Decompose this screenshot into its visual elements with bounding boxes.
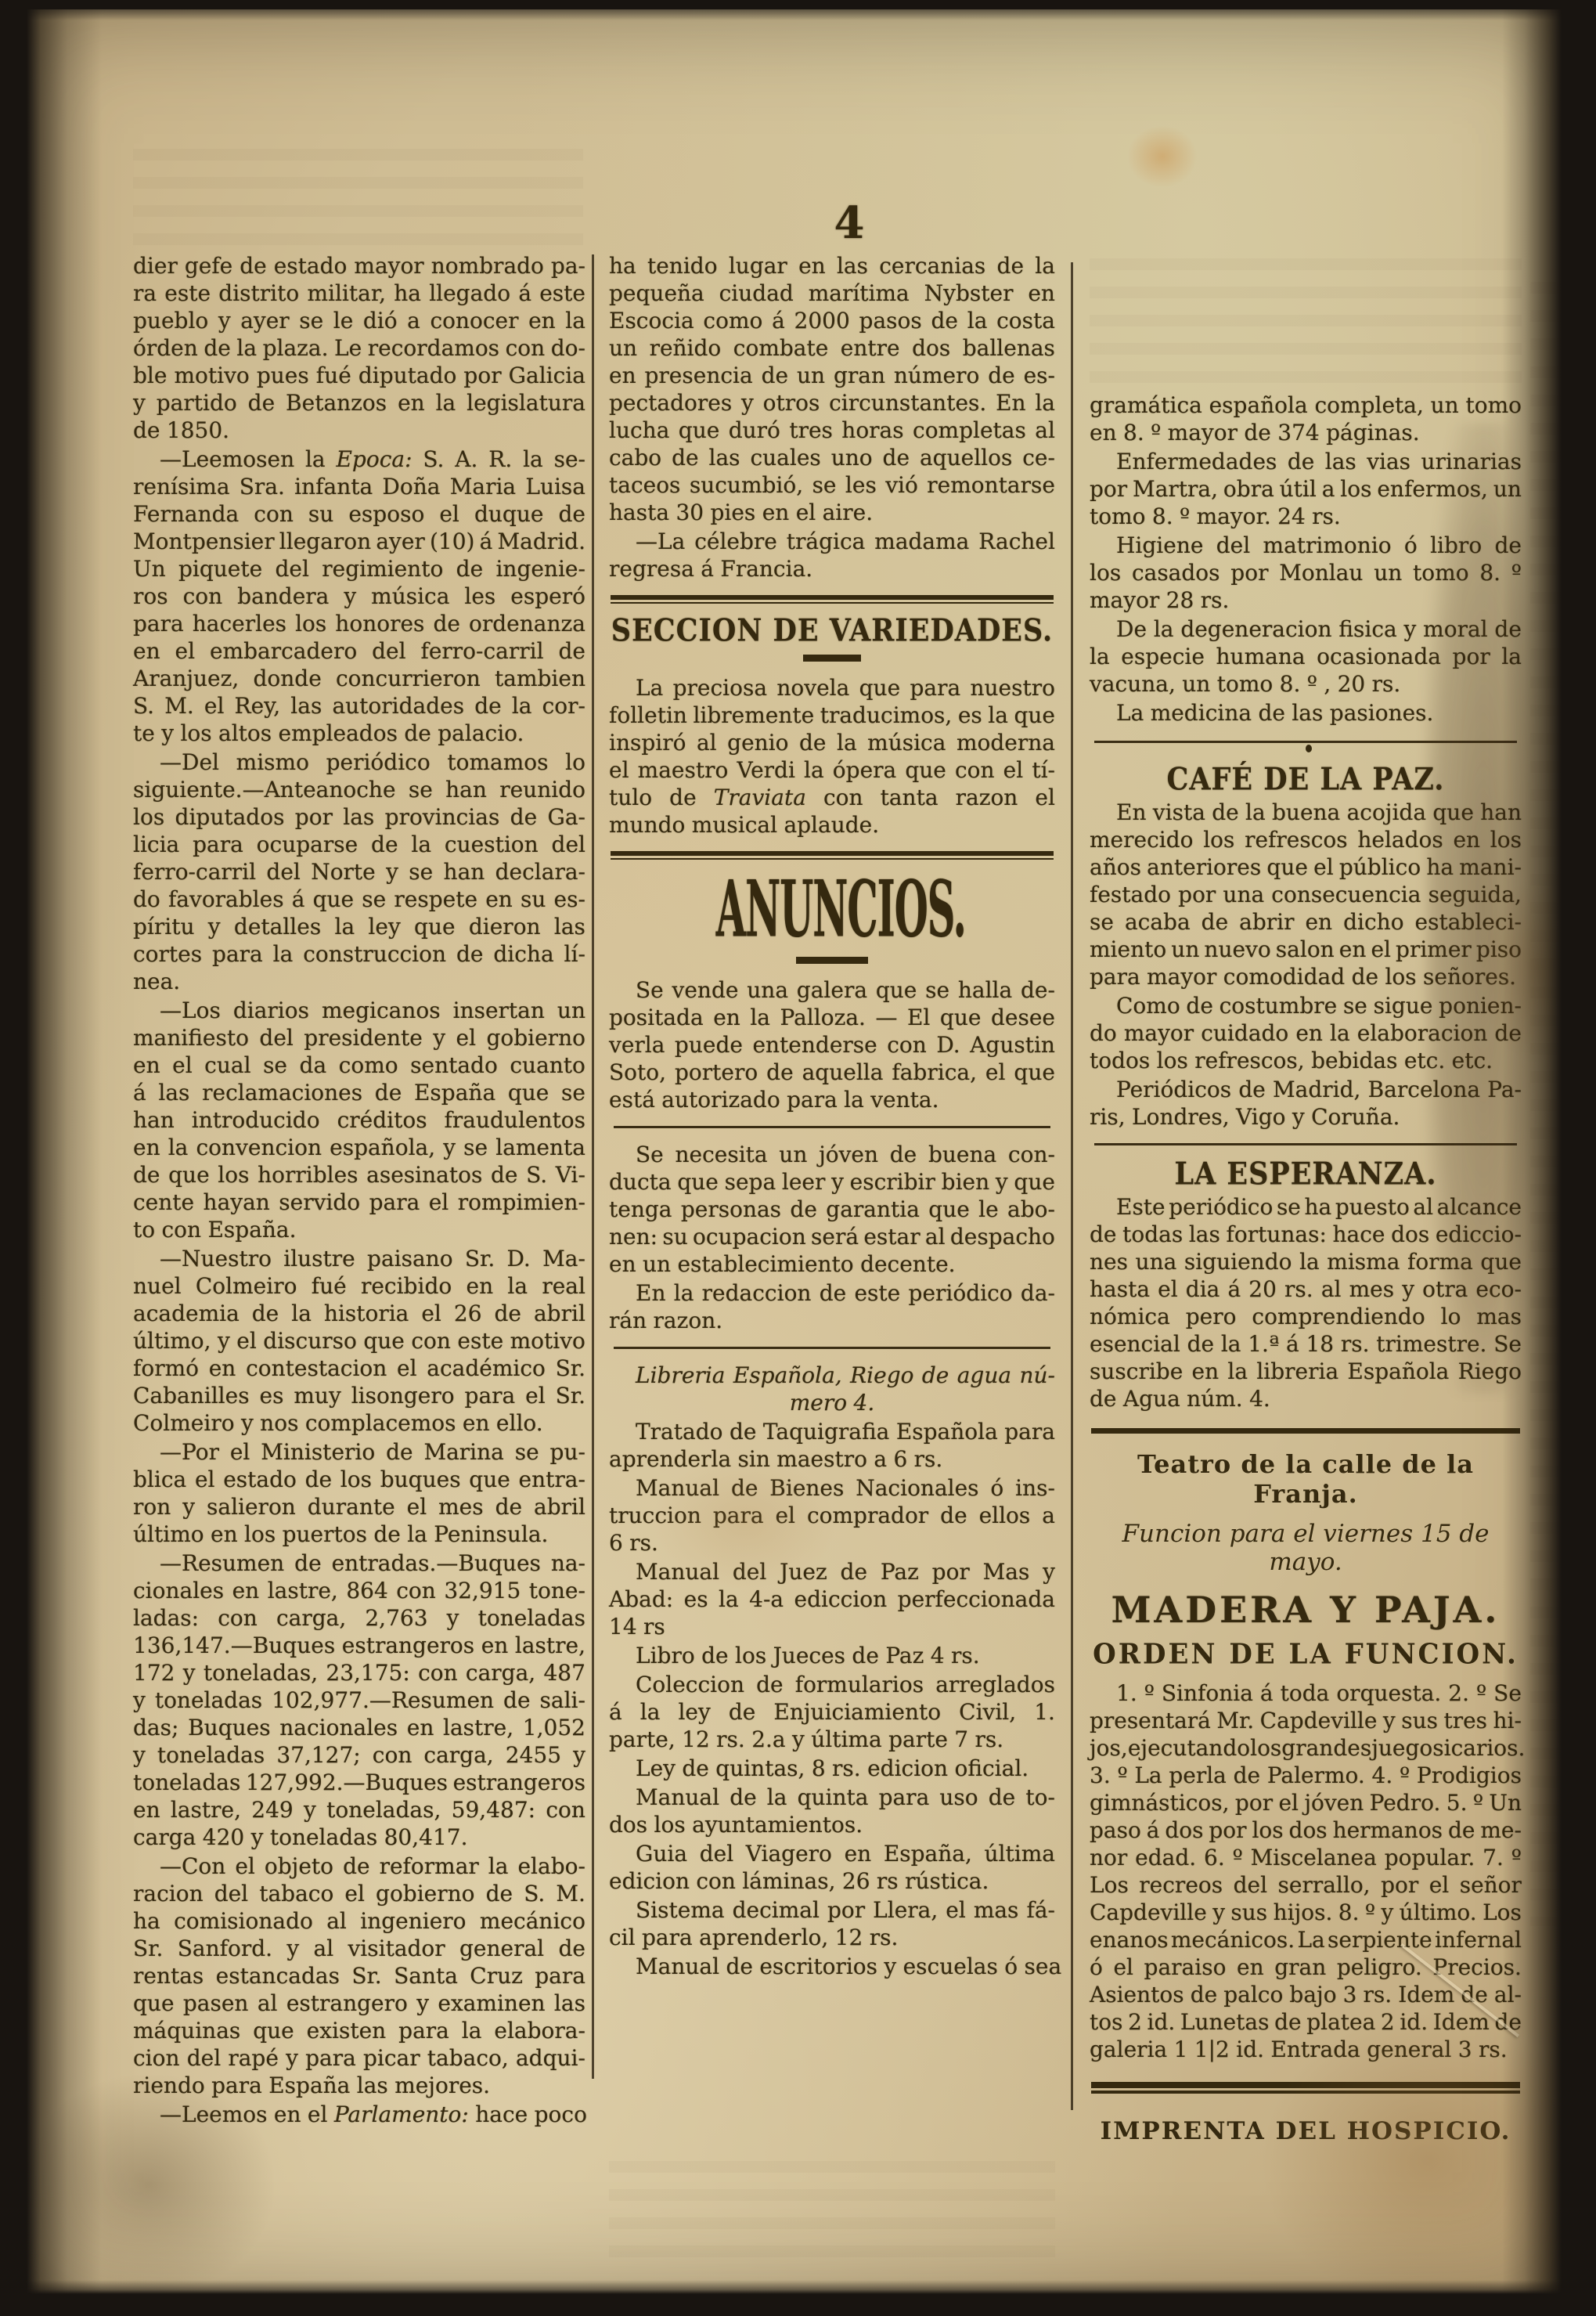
text-line: ytoneladas102,977.—Resumendesali- [133, 1686, 585, 1714]
text-line: dequeloshorriblesasesinatosdeS.Vi- [133, 1161, 585, 1189]
text-line: Unpiquetedelregimientodeingenie- [133, 555, 585, 583]
section-heading: LA ESPERANZA. [1090, 1156, 1522, 1192]
text-line: CabanillesesmuylisongeroparaelSr. [133, 1382, 585, 1409]
paragraph: Esteperiódicosehapuestoalalcancedetodasl… [1090, 1193, 1522, 1412]
text-line: —Conelobjetodereformarlaelabo- [133, 1852, 585, 1880]
text-line: pequeñaciudadmarítimaNybsteren [609, 280, 1055, 307]
paragraph: —LeemosenelParlamento:hacepoco [133, 2101, 585, 2128]
text-line: —Resumendeentradas.—Buquesna- [133, 1549, 585, 1577]
text-line: laespeciehumanaocasionadaporla [1090, 643, 1522, 670]
paragraph: —Resumendeentradas.—Buquesna-cionalesenl… [133, 1549, 585, 1851]
rule-with-dot [1094, 741, 1517, 743]
text-line: siguiente.—Anteanochesehanreunido [133, 776, 585, 803]
paragraph: Manualdelaquintaparausodeto-doslosayunta… [609, 1784, 1055, 1838]
text-line: gramáticaespañolacompleta,untomo [1090, 391, 1522, 419]
paragraph: hatenidolugarenlascercaniasdelapequeñaci… [609, 252, 1055, 526]
text-line: Colecciondeformulariosarreglados [609, 1671, 1055, 1698]
text-line: ductaquesepaleeryescribirbienyque [609, 1168, 1055, 1196]
text-line: —PorelMinisteriodeMarinasepu- [133, 1438, 585, 1466]
text-line: ytoneladas37,127;concarga,2455y [133, 1741, 585, 1769]
order-heading: ORDEN DE LA FUNCION. [1090, 1638, 1522, 1671]
double-thick-rule [1091, 2082, 1520, 2094]
text-line: inspiróalgeniodelamúsicamoderna [609, 729, 1055, 756]
text-line: Lamedicinadelaspasiones. [1090, 699, 1522, 727]
text-line: academiadelahistoriael26deabril [133, 1300, 585, 1327]
bleedthrough-area [133, 149, 583, 251]
text-line: loscasadosporMonlauuntomo8.º [1090, 559, 1522, 586]
text-line: aprenderlasinmaestroa6rs. [609, 1445, 1055, 1473]
text-line: tengapersonasdegarantiaqueleabo- [609, 1196, 1055, 1223]
paragraph: —LeemosenlaEpoca:S.A.R.lase-renísimaSra.… [133, 446, 585, 747]
text-line: 14rs [609, 1613, 1055, 1640]
text-line: ronysalieronduranteelmesdeabril [133, 1493, 585, 1521]
text-line: formóencontestacionelacadémicoSr. [133, 1355, 585, 1382]
double-rule [611, 595, 1054, 604]
text-line: Leydequintas,8rs.edicionoficial. [609, 1755, 1055, 1782]
text-line: cortesparalaconstrucciondedichalí- [133, 940, 585, 968]
paragraph: EnfermedadesdelasviasurinariasporMartra,… [1090, 448, 1522, 530]
text-line: jos,ejecutandolosgrandesjuegosicarios. [1090, 1734, 1522, 1762]
text-line: tulodeTraviatacontantarazonel [609, 784, 1055, 811]
text-line: taceossucumbió,selesvióremontarse [609, 471, 1055, 499]
column-1: diergefedeestadomayornombradopa-raestedi… [133, 252, 585, 2130]
text-line: ladas:concarga,2,763ytoneladas [133, 1604, 585, 1632]
text-line: pectadoresyotroscircunstantes.Enla [609, 389, 1055, 417]
text-line: de1850. [133, 417, 585, 444]
text-line: mayor28rs. [1090, 586, 1522, 614]
text-line: toneladas127,992.—Buquesestrangeros [133, 1769, 585, 1796]
column-divider [1071, 262, 1073, 2110]
text-line: —Losdiariosmegicanosinsertanun [133, 997, 585, 1024]
ornament-dash [796, 957, 868, 964]
text-line: enelcualsedacomosentadocuanto [133, 1052, 585, 1079]
text-line: estáautorizadoparalaventa. [609, 1086, 1055, 1113]
paragraph: Senecesitaunjóvendebuenacon-ductaquesepa… [609, 1141, 1055, 1278]
paragraph: SistemadecimalporLlera,elmasfá-cilparaap… [609, 1896, 1055, 1951]
page-edge-bottom [0, 2280, 1596, 2316]
paragraph: LibreriaEspañola,Riegodeaguanú-mero4. [609, 1362, 1055, 1416]
paragraph: ManualdelJuezdePazporMasyAbad:esla4-aedi… [609, 1558, 1055, 1640]
text-line: rosconbanderaymúsicalesesperó [133, 583, 585, 610]
text-line: 1.ºSinfoniaátodaorquesta.2.ºSe [1090, 1679, 1522, 1707]
text-line: galeria11|2id.Entradageneral3rs. [1090, 2036, 1522, 2063]
text-line: mero4. [609, 1389, 1055, 1416]
paragraph: Lapreciosanovelaqueparanuestrofolletinli… [609, 674, 1055, 839]
text-line: toconEspaña. [133, 1216, 585, 1243]
text-line: vacuna,untomo8.º,20rs. [1090, 670, 1522, 698]
text-line: ypartidodeBetanzosenlalegislatura [133, 389, 585, 417]
text-line: 172ytoneladas,23,175:concarga,487 [133, 1659, 585, 1686]
text-line: deAguanúm.4. [1090, 1385, 1522, 1412]
text-line: 3.ºLaperladePalermo.4.ºProdigios [1090, 1762, 1522, 1789]
text-line: nómicaperocomprendiendolomas [1090, 1303, 1522, 1330]
text-line: cionalesenlastre,864con32,915tone- [133, 1577, 585, 1604]
text-line: últimoenlospuertosdelaPeninsula. [133, 1521, 585, 1548]
text-line: nea. [133, 968, 585, 995]
text-line: álasreclamacionesdeEspañaquese [133, 1079, 585, 1106]
page-edge-left [0, 0, 102, 2316]
column-divider [592, 254, 594, 2079]
paper-notch [1565, 2005, 1596, 2032]
playbill-title: MADERA Y PAJA. [1090, 1589, 1522, 1631]
text-line: Asientosdepalcobajo3rs.Idemdeal- [1090, 1981, 1522, 2008]
paragraph: LibrodelosJuecesdePaz4rs. [609, 1642, 1055, 1669]
paragraph: —PorelMinisteriodeMarinasepu-blicaelesta… [133, 1438, 585, 1548]
advert-display-heading: ANUNCIOS. [716, 869, 948, 951]
text-line: todoslosrefrescos,bebidasetc.etc. [1090, 1047, 1522, 1074]
text-line: enanosmecánicos.Laserpienteinfernal [1090, 1926, 1522, 1953]
text-line: renísimaSra.infantaDoñaMariaLuisa [133, 473, 585, 500]
text-line: —Delmismoperiódicotomamoslo [133, 749, 585, 776]
text-line: nesunasiguiendolamismaformaque [1090, 1248, 1522, 1275]
text-line: hanintroducidocréditosfraudulentos [133, 1106, 585, 1134]
text-line: paramayorcomodidaddelosseñores. [1090, 963, 1522, 990]
text-line: PeriódicosdeMadrid,BarcelonaPa- [1090, 1076, 1522, 1103]
text-line: raciondeltabacoelgobiernodeS.M. [133, 1880, 585, 1907]
text-line: blemotivopuesfuédiputadoporGalicia [133, 362, 585, 389]
text-line: verlapuedeentenderseconD.Agustin [609, 1031, 1055, 1059]
text-line: —LeemosenelParlamento:hacepoco [133, 2101, 585, 2128]
text-line: truccionparaelcompradordeellosa [609, 1502, 1055, 1529]
stain [1127, 125, 1198, 188]
text-line: hasta30piesenelaire. [609, 499, 1055, 526]
theatre-heading: Teatro de la calle de la Franja. [1090, 1449, 1522, 1509]
text-line: SistemadecimalporLlera,elmasfá- [609, 1896, 1055, 1924]
paragraph: —Losdiariosmegicanosinsertanunmanifiesto… [133, 997, 585, 1243]
text-line: hatenidolugarenlascercaniasdela [609, 252, 1055, 280]
text-line: —LacélebretrágicamadamaRachel [609, 528, 1055, 555]
page-number: 4 [814, 197, 884, 249]
text-line: ManualdeBienesNacionalesóins- [609, 1474, 1055, 1502]
text-line: tos2id.Lunetasdeplatea2id.Idemde [1090, 2008, 1522, 2036]
text-line: ManualdelJuezdePazporMasy [609, 1558, 1055, 1585]
double-rule [611, 851, 1054, 860]
paragraph: —LacélebretrágicamadamaRachelregresaáFra… [609, 528, 1055, 583]
text-line: noredad.6.ºMiscelaneapopular.7.º [1090, 1844, 1522, 1871]
text-line: Escociacomoá2000pasosdelacosta [609, 307, 1055, 334]
text-line: álaleydeEnjuiciamientoCivil,1. [609, 1698, 1055, 1726]
function-date-line: Funcion para el viernes 15 de mayo. [1090, 1520, 1522, 1576]
text-line: pasoádosporlosdoshermanosdeme- [1090, 1816, 1522, 1844]
text-line: folletinlibrementetraducimos,eslaque [609, 702, 1055, 729]
text-line: Losrecreosdelserrallo,porelseñor [1090, 1871, 1522, 1899]
rule [614, 1126, 1050, 1128]
paragraph: —Delmismoperiódicotomamoslosiguiente.—An… [133, 749, 585, 995]
text-line: S.M.elRey,lasautoridadesdelacor- [133, 692, 585, 720]
text-line: hacomisionadoalingenieromecánico [133, 1907, 585, 1935]
text-line: rentasestancadasSr.SantaCruzpara [133, 1962, 585, 1990]
text-line: riendoparaEspañalasmejores. [133, 2072, 585, 2099]
text-line: dofavorablesáqueserespeteensues- [133, 886, 585, 913]
text-line: liciaparaocuparsedelacuestiondel [133, 831, 585, 858]
text-line: das;Buquesnacionalesenlastre,1,052 [133, 1714, 585, 1741]
text-line: Montpensierllegaronayer(10)áMadrid. [133, 528, 585, 555]
column-2: hatenidolugarenlascercaniasdelapequeñaci… [609, 252, 1055, 1982]
text-line: órdendelaplaza.Lerecordamoscondo- [133, 334, 585, 362]
text-line: Enlaredacciondeesteperiódicoda- [609, 1279, 1055, 1307]
text-line: festadoporunaconsecuenciaseguida, [1090, 881, 1522, 908]
text-line: puebloyayerseledióaconocerenla [133, 307, 585, 334]
text-line: en8.ºmayorde374páginas. [1090, 419, 1522, 446]
text-line: hastaeldiaá20rs.almesyotraeco- [1090, 1275, 1522, 1303]
text-line: quepasenalestrangeroyexaminenlas [133, 1990, 585, 2017]
paragraph: Sevendeunagaleraquesehallade-positadaenl… [609, 976, 1055, 1113]
text-line: Sr.Sanford.yalvisitadorgeneralde [133, 1935, 585, 1962]
text-line: carga420ytoneladas80,417. [133, 1824, 585, 1851]
text-line: blicaelestadodelosbuquesqueentra- [133, 1466, 585, 1493]
text-line: último,yeldiscursoqueconestemotivo [133, 1327, 585, 1355]
text-line: enlaconvencionespañola,yselamenta [133, 1134, 585, 1161]
text-line: mientounnuevosalonenelprimerpiso [1090, 936, 1522, 963]
text-line: luchaquedurótreshorascompletasal [609, 417, 1055, 444]
text-line: LibrodelosJuecesdePaz4rs. [609, 1642, 1055, 1669]
text-line: porMartra,obraútilalosenfermos,un [1090, 475, 1522, 503]
paragraph: Comodecostumbresesigueponien-domayorcuid… [1090, 992, 1522, 1074]
text-line: detodaslasfortunas:hacedosediccio- [1090, 1221, 1522, 1248]
text-line: raestedistritomilitar,hallegadoáeste [133, 280, 585, 307]
text-line: Senecesitaunjóvendebuenacon- [609, 1141, 1055, 1168]
text-line: seacabadeabrirendichoestableci- [1090, 908, 1522, 936]
text-line: Colmeiroynoscomplacemosenello. [133, 1409, 585, 1437]
text-line: Soto,porterodeaquellafabrica,elque [609, 1059, 1055, 1086]
text-line: máquinasqueexistenparalaelabora- [133, 2017, 585, 2044]
text-line: parte,12rs.2.ayúltimaparte7rs. [609, 1726, 1055, 1753]
text-line: esencialdela1.ªá18rs.trimestre.Se [1090, 1330, 1522, 1358]
text-line: unreñidocombateentredosballenas [609, 334, 1055, 362]
text-line: teylosaltosempleadosdepalacio. [133, 720, 585, 747]
paragraph: Lamedicinadelaspasiones. [1090, 699, 1522, 727]
text-line: centehayanservidoparaelrompimien- [133, 1189, 585, 1216]
text-line: ciondelrapéyparapicartabaco,adqui- [133, 2044, 585, 2072]
text-line: cilparaaprenderlo,12rs. [609, 1924, 1055, 1951]
text-line: Manualdeescritoriosyescuelasósea [609, 1953, 1055, 1980]
rule [614, 1347, 1050, 1349]
paragraph: gramáticaespañolacompleta,untomoen8.ºmay… [1090, 391, 1522, 446]
paragraph: Envistadelabuenaacojidaquehanmerecidolos… [1090, 799, 1522, 990]
section-heading: SECCION DE VARIEDADES. [609, 613, 1055, 649]
text-line: pírituydetalleslaleyquedieronlas [133, 913, 585, 940]
text-line: gimnásticos,poreljóvenPedro.5.ºUn [1090, 1789, 1522, 1816]
paragraph: 1.ºSinfoniaátodaorquesta.2.ºSepresentará… [1090, 1679, 1522, 2063]
column-3: gramáticaespañolacompleta,untomoen8.ºmay… [1090, 391, 1522, 2145]
text-line: suscribeenlalibreriaEspañolaRiego [1090, 1358, 1522, 1385]
text-line: enlastre,249ytoneladas,59,487:con [133, 1796, 585, 1824]
text-line: óelparaisoengranpeligro.Precios. [1090, 1953, 1522, 1981]
ornament-dash [803, 655, 861, 662]
paragraph: diergefedeestadomayornombradopa-raestedi… [133, 252, 585, 444]
paragraph: Colecciondeformulariosarregladosálaleyde… [609, 1671, 1055, 1753]
text-line: Lapreciosanovelaqueparanuestro [609, 674, 1055, 702]
imprint-line: IMPRENTA DEL HOSPICIO. [1090, 2117, 1522, 2145]
text-line: Capdevilleysushijos.8.ºyúltimo.Los [1090, 1899, 1522, 1926]
bleedthrough-area [1090, 258, 1522, 384]
paragraph: Deladegeneracionfisicaymoraldelaespecieh… [1090, 615, 1522, 698]
text-line: parahacerlesloshonoresdeordenanza [133, 610, 585, 637]
section-heading: CAFÉ DE LA PAZ. [1090, 762, 1522, 798]
text-line: enelembarcaderodelferro-carrilde [133, 637, 585, 665]
text-line: doslosayuntamientos. [609, 1811, 1055, 1838]
text-line: Envistadelabuenaacojidaquehan [1090, 799, 1522, 826]
text-line: añosanterioresqueelpúblicohamani- [1090, 853, 1522, 881]
newspaper-page: 4 diergefedeestadomayornombradopa-raeste… [0, 0, 1596, 2316]
text-line: nuelColmeirofuérecibidoenlareal [133, 1272, 585, 1300]
text-line: Deladegeneracionfisicaymoralde [1090, 615, 1522, 643]
text-line: Aranjuez,dondeconcurrierontambien [133, 665, 585, 692]
text-line: Sevendeunagaleraquesehallade- [609, 976, 1055, 1004]
text-line: TratadodeTaquigrafiaEspañolapara [609, 1418, 1055, 1445]
text-line: Comodecostumbresesigueponien- [1090, 992, 1522, 1019]
paragraph: Manualdeescritoriosyescuelasósea [609, 1953, 1055, 1980]
text-line: domayorcuidadoenlaelaboracionde [1090, 1019, 1522, 1047]
bleedthrough-area [609, 2161, 1055, 2271]
text-line: edicionconláminas,26rsrústica. [609, 1867, 1055, 1895]
text-line: regresaáFrancia. [609, 555, 1055, 583]
text-line: diergefedeestadomayornombradopa- [133, 252, 585, 280]
text-line: —NuestroilustrepaisanoSr.D.Ma- [133, 1245, 585, 1272]
paragraph: —NuestroilustrepaisanoSr.D.Ma-nuelColmei… [133, 1245, 585, 1437]
text-line: tomo8.ºmayor.24rs. [1090, 503, 1522, 530]
text-line: manifiestodelpresidenteyelgobierno [133, 1024, 585, 1052]
text-line: ránrazon. [609, 1307, 1055, 1334]
text-line: enunestablecimientodecente. [609, 1250, 1055, 1278]
text-line: losdiputadosporlasprovinciasdeGa- [133, 803, 585, 831]
text-line: cabodelascualesunodeaquellosce- [609, 444, 1055, 471]
paragraph: Enlaredacciondeesteperiódicoda-ránrazon. [609, 1279, 1055, 1334]
text-line: merecidolosrefrescosheladosenlos [1090, 826, 1522, 853]
page-edge-top [0, 0, 1596, 20]
paragraph: ManualdeBienesNacionalesóins-truccionpar… [609, 1474, 1055, 1557]
text-line: 136,147.—Buquesestrangerosenlastre, [133, 1632, 585, 1659]
paragraph: TratadodeTaquigrafiaEspañolaparaaprender… [609, 1418, 1055, 1473]
paragraph: Higienedelmatrimonioólibrodeloscasadospo… [1090, 532, 1522, 614]
text-line: Higienedelmatrimonioólibrode [1090, 532, 1522, 559]
bleedthrough-area [1530, 282, 1585, 1926]
rule [1094, 1143, 1517, 1145]
paragraph: —Conelobjetodereformarlaelabo-raciondelt… [133, 1852, 585, 2099]
paragraph: PeriódicosdeMadrid,BarcelonaPa-ris,Londr… [1090, 1076, 1522, 1131]
text-line: Manualdelaquintaparausodeto- [609, 1784, 1055, 1811]
text-line: ferro-carrildelNorteysehandeclara- [133, 858, 585, 886]
text-line: —LeemosenlaEpoca:S.A.R.lase- [133, 446, 585, 473]
thick-rule [1091, 1428, 1520, 1434]
paragraph: Leydequintas,8rs.edicionoficial. [609, 1755, 1055, 1782]
text-line: positadaenlaPalloza.—Elquedesee [609, 1004, 1055, 1031]
text-line: LibreriaEspañola,Riegodeaguanú- [609, 1362, 1055, 1389]
text-line: enpresenciadeungrannúmerodees- [609, 362, 1055, 389]
text-line: Fernandaconsuesposoelduquede [133, 500, 585, 528]
text-line: mundomusicalaplaude. [609, 811, 1055, 839]
text-line: Enfermedadesdelasviasurinarias [1090, 448, 1522, 475]
text-line: Esteperiódicosehapuestoalalcance [1090, 1193, 1522, 1221]
text-line: ris,Londres,VigoyCoruña. [1090, 1103, 1522, 1131]
text-line: nen:suocupacionseráestaraldespacho [609, 1223, 1055, 1250]
paragraph: GuiadelViageroenEspaña,últimaedicionconl… [609, 1840, 1055, 1895]
text-line: elmaestroVerdilaóperaqueconeltí- [609, 756, 1055, 784]
text-line: Abad:esla4-aediccionperfeccionada [609, 1585, 1055, 1613]
text-line: presentaráMr.Capdevilleysustreshi- [1090, 1707, 1522, 1734]
text-line: GuiadelViageroenEspaña,última [609, 1840, 1055, 1867]
text-line: 6rs. [609, 1529, 1055, 1557]
